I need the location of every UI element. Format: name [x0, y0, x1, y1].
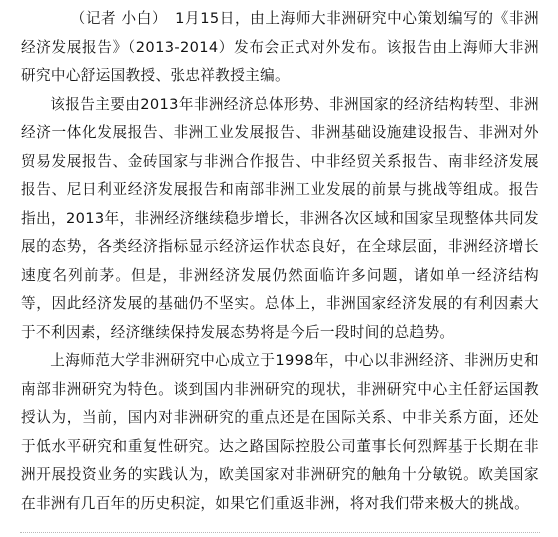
- paragraph-report-contents: 该报告主要由2013年非洲经济总体形势、非洲国家的经济结构转型、非洲经济一体化发…: [21, 91, 539, 348]
- article-body: （记者 小白） 1月15日，由上海师大非洲研究中心策划编写的《非洲经济发展报告》…: [21, 5, 539, 518]
- bottom-divider: [20, 532, 540, 533]
- paragraph-research-center: 上海师范大学非洲研究中心成立于1998年，中心以非洲经济、非洲历史和南部非洲研究…: [21, 347, 539, 518]
- paragraph-intro: （记者 小白） 1月15日，由上海师大非洲研究中心策划编写的《非洲经济发展报告》…: [21, 5, 539, 91]
